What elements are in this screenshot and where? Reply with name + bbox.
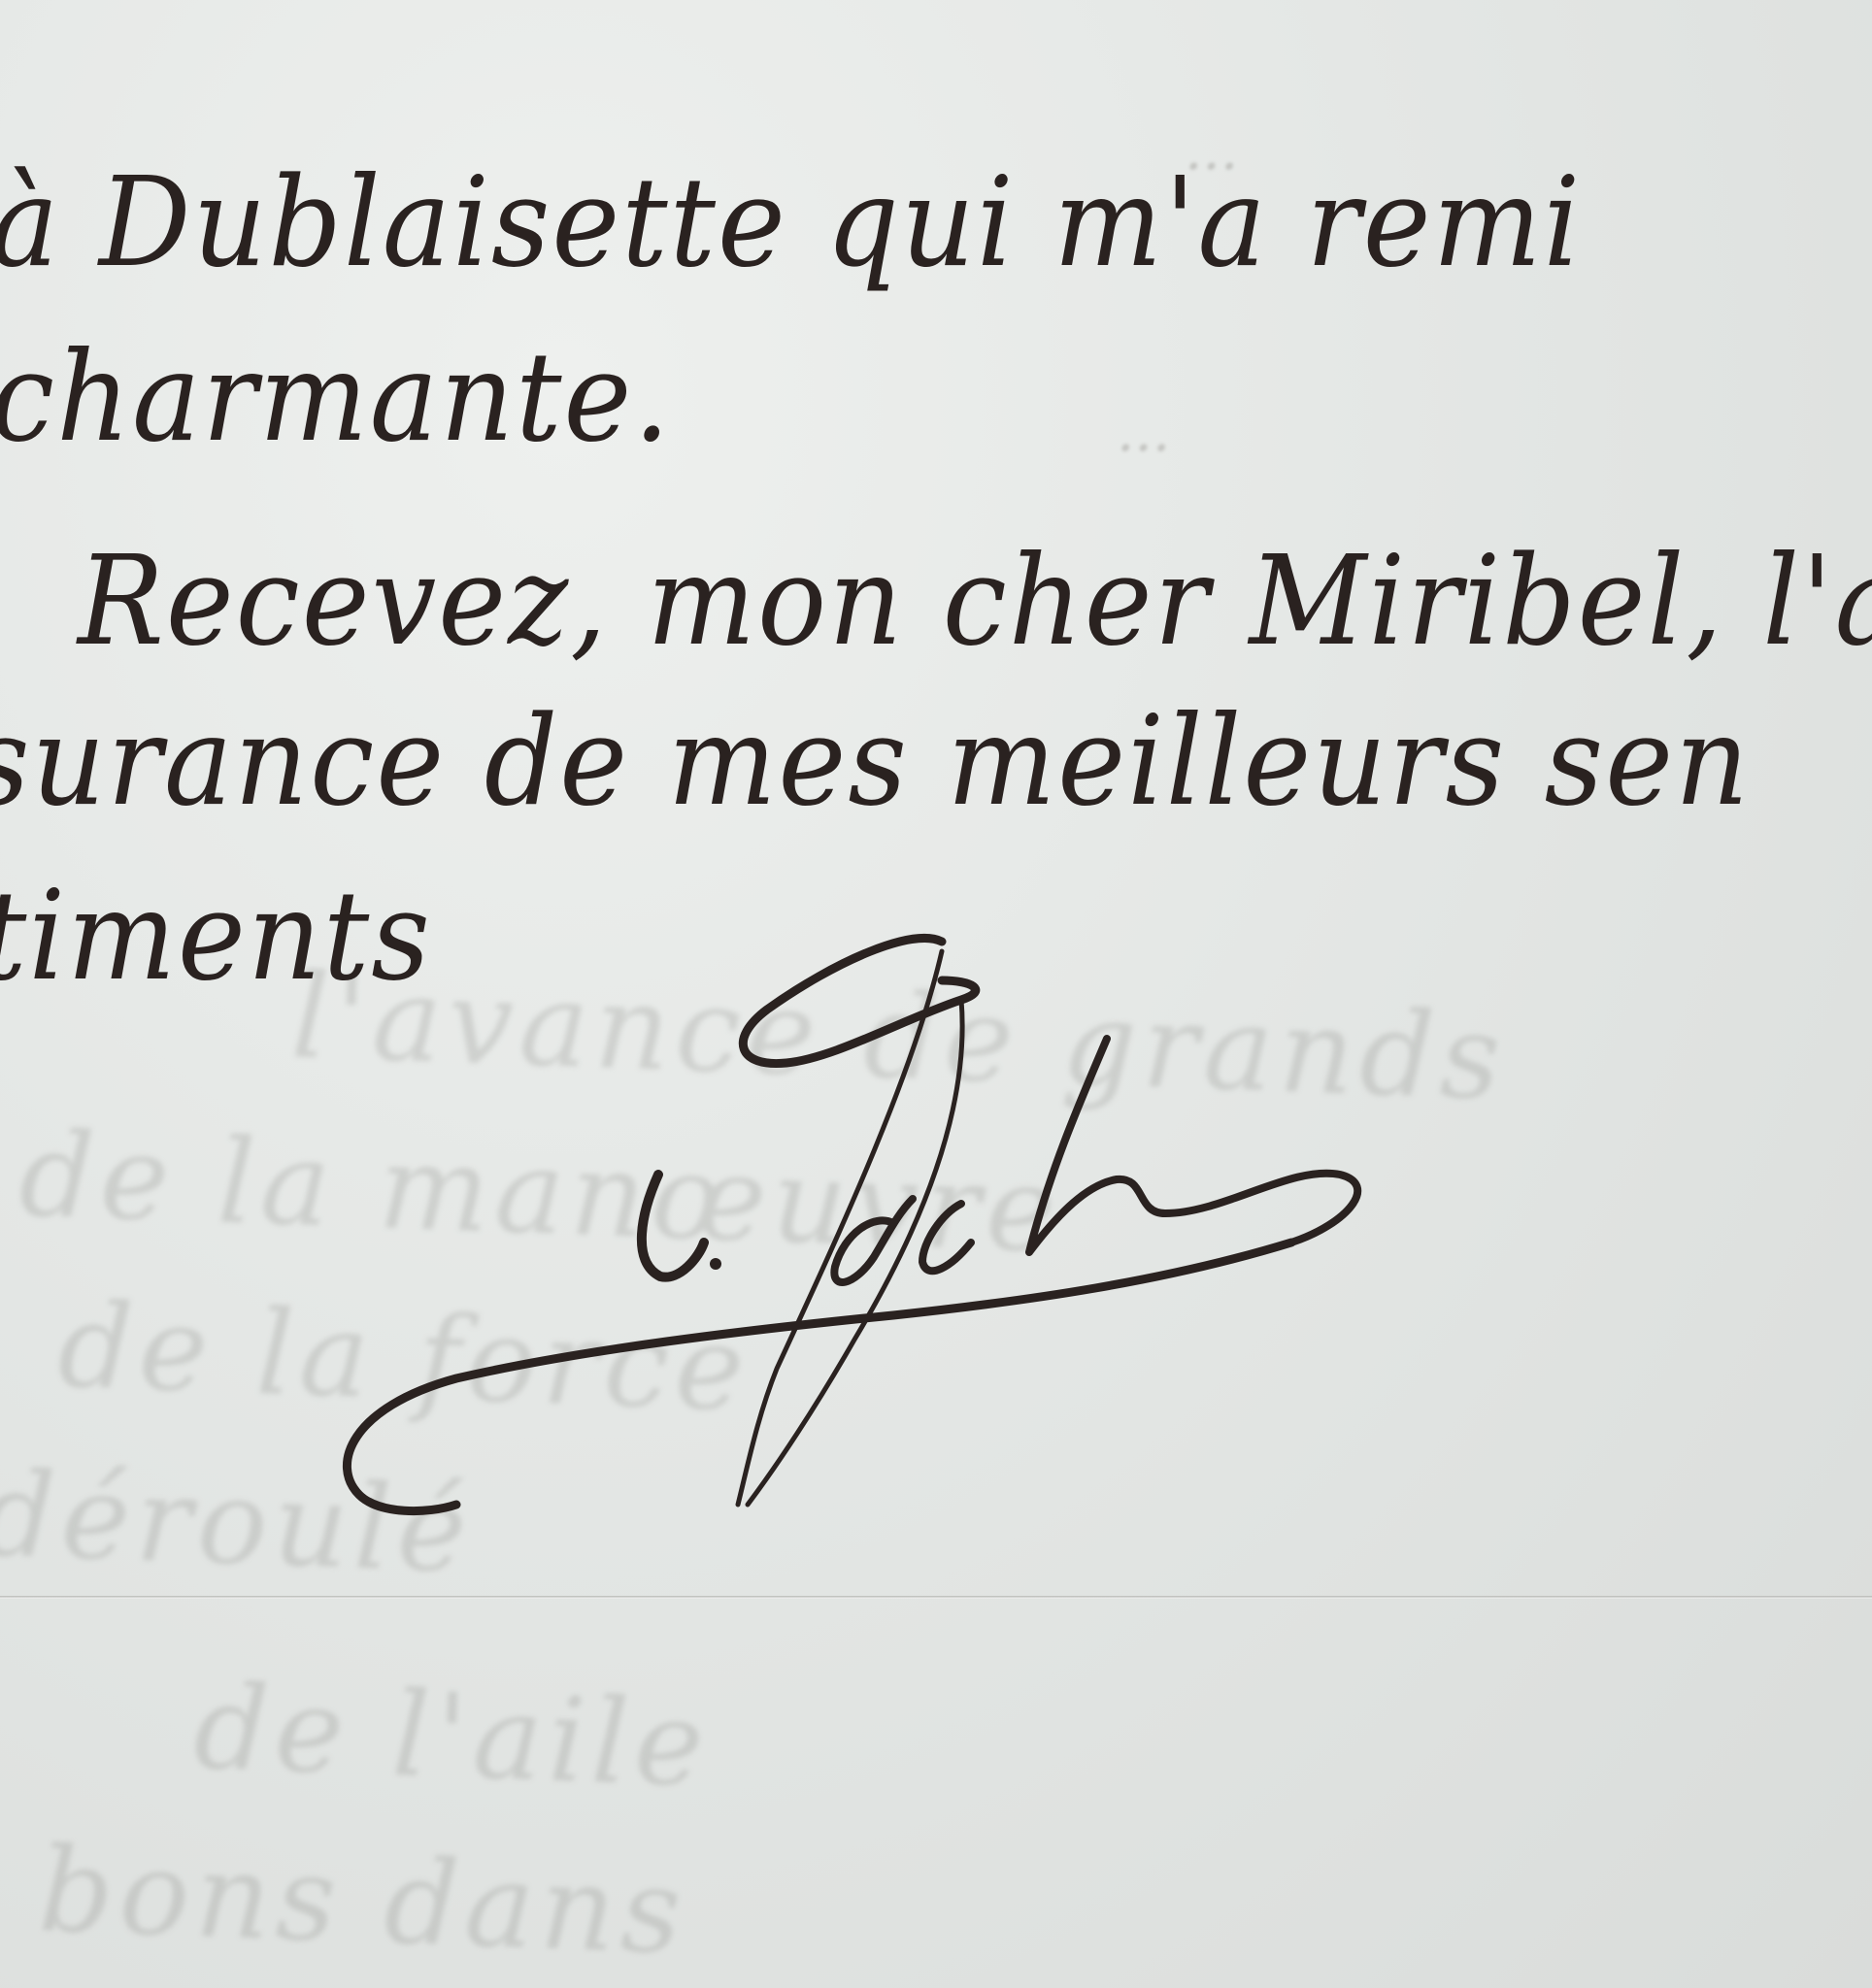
show-through-fragment: ... [1117, 398, 1170, 464]
letter-line-1: à Dublaisette qui m'a remi [0, 149, 1582, 294]
letter-line-4: surance de mes meilleurs sen [0, 688, 1751, 833]
letter-line-3: Recevez, mon cher Miribel, l'as [78, 528, 1872, 673]
letter-page: ... ... l'avance de grands de la manœuvr… [0, 0, 1872, 1988]
letter-line-2: charmante. [0, 324, 672, 469]
show-through-fragment: bons dans [37, 1823, 689, 1980]
show-through-fragment: de l'aile [192, 1661, 712, 1813]
fold-crease [0, 1596, 1872, 1599]
signature-foch: F. Foch [291, 922, 1748, 1553]
